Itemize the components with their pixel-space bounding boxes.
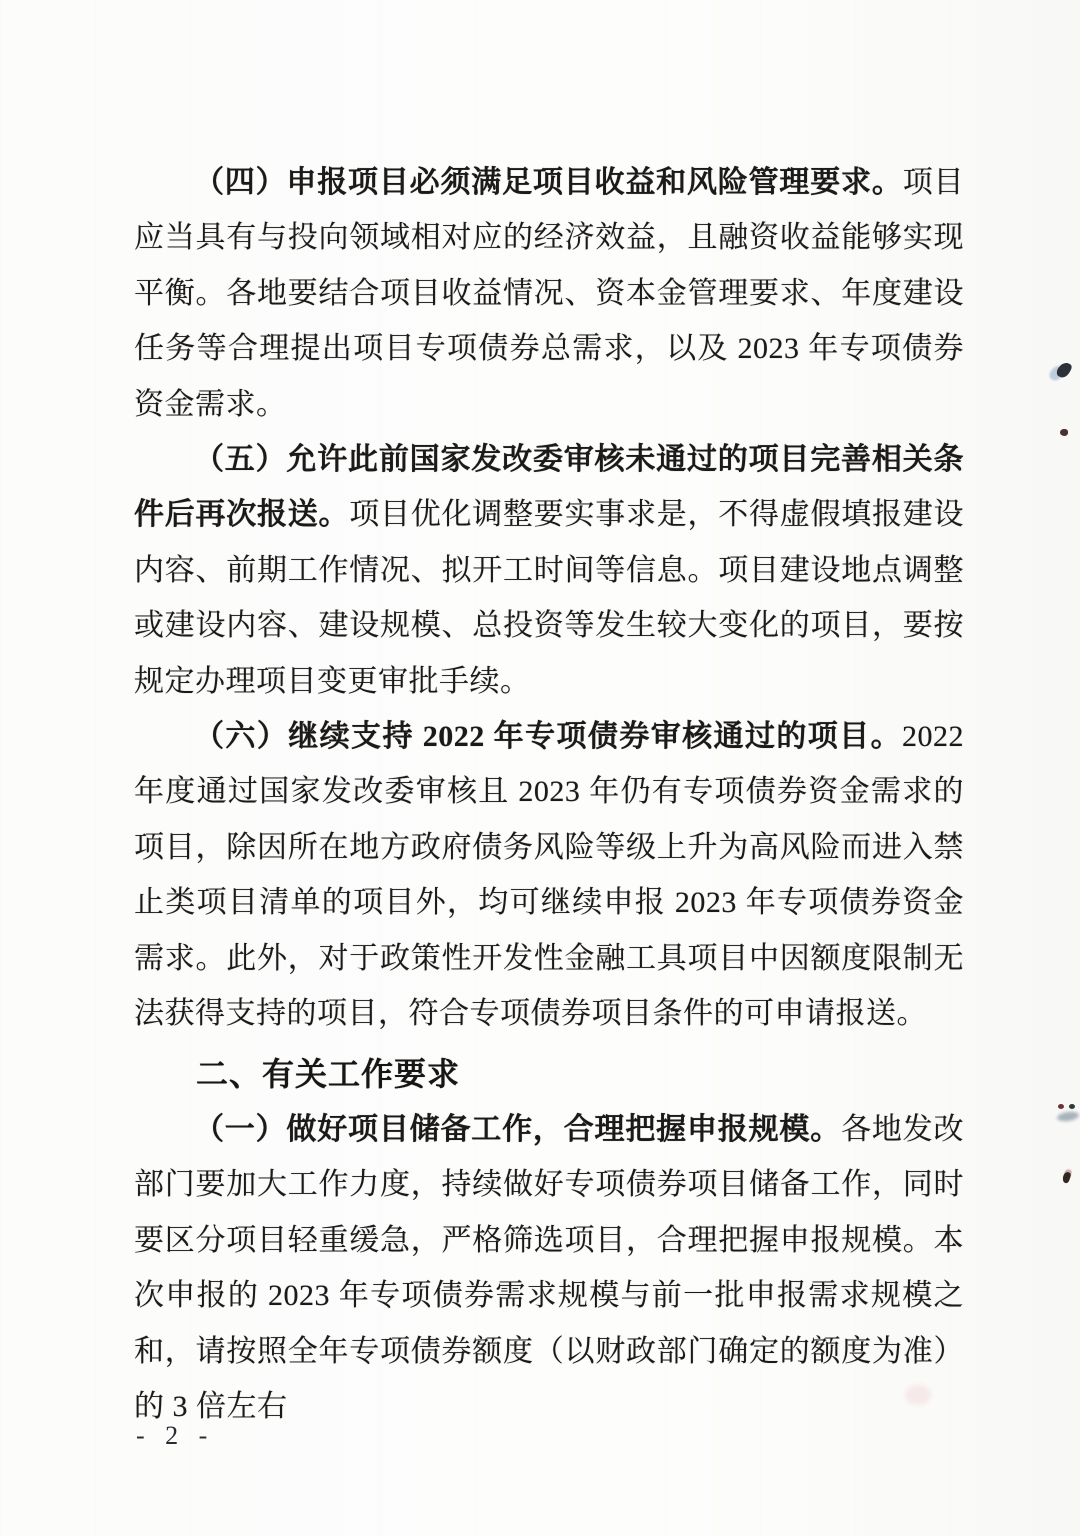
paragraph-one-body: 各地发改部门要加大工作力度，持续做好专项债券项目储备工作，同时要区分项目轻重缓急… [134,1113,964,1423]
paragraph-four: （四）申报项目必须满足项目收益和风险管理要求。项目应当具有与投向领域相对应的经济… [134,155,964,432]
scanned-document-page: （四）申报项目必须满足项目收益和风险管理要求。项目应当具有与投向领域相对应的经济… [0,0,1080,1536]
paragraph-four-body: 项目应当具有与投向领域相对应的经济效益，且融资收益能够实现平衡。各地要结合项目收… [134,166,964,421]
faint-stain [905,1385,931,1405]
smudge-blur [1056,1111,1079,1123]
smudge-dot-dark [1069,1104,1075,1109]
paragraph-four-lead: （四）申报项目必须满足项目收益和风险管理要求。 [194,166,903,199]
ink-speck-mid [1060,429,1068,436]
ink-speck-top [1055,360,1073,380]
paragraph-five: （五）允许此前国家发改委审核未通过的项目完善相关条件后再次报送。项目优化调整要实… [134,432,964,709]
smudge-dot-red [1058,1104,1064,1109]
document-text-block: （四）申报项目必须满足项目收益和风险管理要求。项目应当具有与投向领域相对应的经济… [134,155,964,1434]
paragraph-six-lead: （六）继续支持 2022 年专项债券审核通过的项目。 [194,720,902,753]
ink-speck-bottom [1061,1171,1071,1184]
paragraph-one-lead: （一）做好项目储备工作，合理把握申报规模。 [194,1113,841,1146]
ink-smudge [1058,1104,1080,1126]
paragraph-six: （六）继续支持 2022 年专项债券审核通过的项目。2022 年度通过国家发改委… [134,709,964,1041]
section-heading: 二、有关工作要求 [134,1047,964,1102]
paragraph-one: （一）做好项目储备工作，合理把握申报规模。各地发改部门要加大工作力度，持续做好专… [134,1102,964,1434]
paragraph-six-body: 2022 年度通过国家发改委审核且 2023 年仍有专项债券资金需求的项目，除因… [134,720,964,1030]
page-number: - 2 - [136,1421,214,1451]
